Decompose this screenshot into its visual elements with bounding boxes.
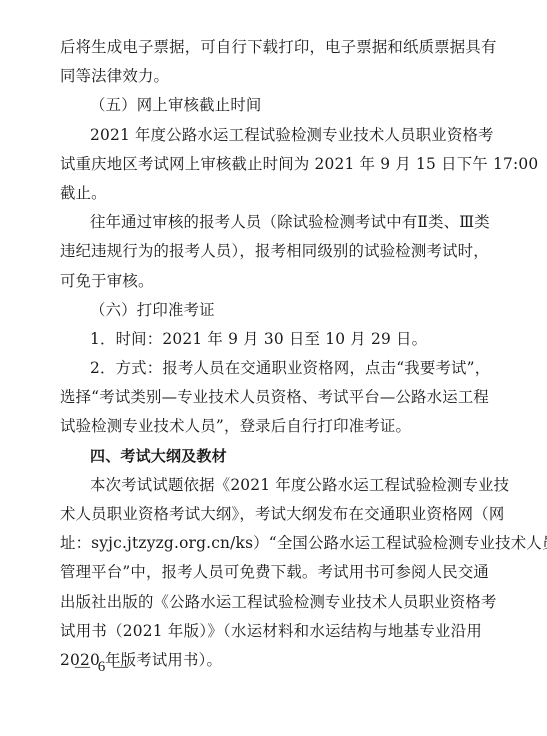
section-heading-4: 四、考试大纲及教材 (60, 442, 482, 471)
paragraph-line: 往年通过审核的报考人员（除试验检测考试中有Ⅱ类、Ⅲ类 (60, 208, 482, 237)
paragraph-line: 可免于审核。 (60, 267, 482, 296)
paragraph-line: 试用书（2021 年版）》（水运材料和水运结构与地基专业沿用 (60, 617, 482, 646)
paragraph-line: 1．时间：2021 年 9 月 30 日至 10 月 29 日。 (60, 325, 482, 354)
paragraph-line: 试验检测专业技术人员”，登录后自行打印准考证。 (60, 412, 482, 441)
paragraph-line: 管理平台”中，报考人员可免费下载。考试用书可参阅人民交通 (60, 558, 482, 587)
paragraph-line: 选择“考试类别—专业技术人员资格、考试平台—公路水运工程 (60, 383, 482, 412)
paragraph-line: 2．方式：报考人员在交通职业资格网，点击“我要考试”， (60, 354, 482, 383)
paragraph-line: 址：syjc.jtzyzg.org.cn/ks）“全国公路水运工程试验检测专业技… (60, 529, 482, 558)
paragraph-line: 截止。 (60, 179, 482, 208)
paragraph-line: 同等法律效力。 (60, 62, 482, 91)
paragraph-line: 出版社出版的《公路水运工程试验检测专业技术人员职业资格考 (60, 588, 482, 617)
document-page: 后将生成电子票据，可自行下载打印，电子票据和纸质票据具有 同等法律效力。 （五）… (60, 33, 482, 675)
paragraph-line: 本次考试试题依据《2021 年度公路水运工程试验检测专业技 (60, 471, 482, 500)
page-number: — 6 — (75, 659, 130, 676)
paragraph-line: 后将生成电子票据，可自行下载打印，电子票据和纸质票据具有 (60, 33, 482, 62)
paragraph-line: 违纪违规行为的报考人员），报考相同级别的试验检测考试时， (60, 237, 482, 266)
paragraph-line: 术人员职业资格考试大纲》，考试大纲发布在交通职业资格网（网 (60, 500, 482, 529)
paragraph-line: 2021 年度公路水运工程试验检测专业技术人员职业资格考 (60, 121, 482, 150)
paragraph-line: 试重庆地区考试网上审核截止时间为 2021 年 9 月 15 日下午 17:00 (60, 150, 482, 179)
section-heading-6: （六）打印准考证 (60, 296, 482, 325)
section-heading-5: （五）网上审核截止时间 (60, 91, 482, 120)
